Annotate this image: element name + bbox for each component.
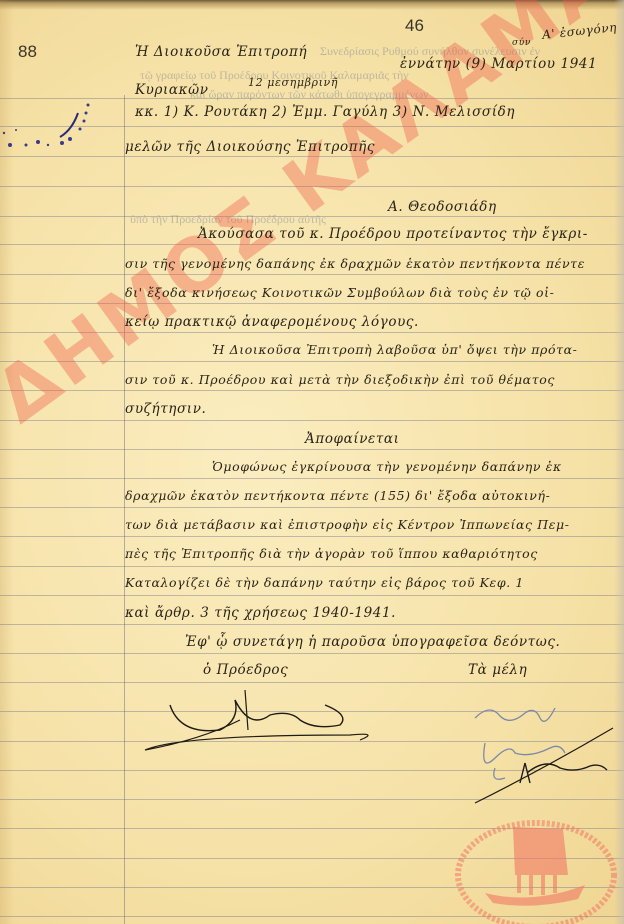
handwritten-line: μελῶν τῆς Διοικούσης Ἐπιτροπῆς [125, 139, 375, 155]
handwritten-line: Κυριακῶν [135, 82, 209, 98]
rule-line [0, 595, 624, 596]
member-signatures [465, 698, 615, 808]
rule-line [0, 566, 624, 567]
rule-line [0, 624, 624, 625]
page-number-left: 88 [18, 42, 37, 62]
rule-line [0, 420, 624, 421]
handwritten-line: δραχμῶν ἑκατὸν πεντήκοντα πέντε (155) δι… [125, 488, 550, 503]
members-label: Τὰ μέλη [468, 662, 527, 678]
handwritten-line: 12 μεσημβρινῆ [248, 76, 338, 89]
handwritten-line: πὲς τῆς Ἐπιτροπῆς διὰ τὴν ἀγορὰν τοῦ ἵππ… [125, 546, 538, 561]
ledger-page: Συνεδρίασις Ρυθμού συνήλθον συνέλευσιν ἐ… [0, 0, 624, 924]
handwritten-line: Ὁμοφώνως ἐγκρίνουσα τὴν γενομένην δαπάνη… [212, 459, 562, 474]
handwritten-line: κείῳ πρακτικῷ ἀναφερομένους λόγους. [125, 314, 419, 330]
handwritten-line: Ἡ Διοικοῦσα Ἐπιτροπὴ λαβοῦσα ὑπ' ὄψει τὴ… [212, 342, 578, 357]
rule-line [0, 274, 624, 275]
rule-line [0, 478, 624, 479]
page-number-top: 46 [405, 16, 424, 36]
president-signature [140, 690, 390, 760]
handwritten-line: των διὰ μετάβασιν καὶ ἐπιστροφὴν εἰς Κέν… [125, 517, 570, 532]
handwritten-line: σιν τῆς γενομένης δαπάνης ἐκ δραχμῶν ἑκα… [125, 256, 585, 271]
rule-line [0, 244, 624, 245]
handwritten-line: κκ. 1) Κ. Ρουτάκη 2) Ἐμμ. Γαγύλη 3) Ν. Μ… [135, 104, 515, 120]
rule-line [0, 449, 624, 450]
margin-line [124, 95, 125, 924]
handwritten-line: Ἀκούσασα τοῦ κ. Προέδρου προτείναντος τὴ… [198, 226, 588, 242]
handwritten-line: Ἡ Διοικοῦσα Ἐπιτροπή [135, 44, 307, 60]
handwritten-line: Καταλογίζει δὲ τὴν δαπάνην ταύτην εἰς βά… [125, 575, 524, 590]
page-edge [614, 0, 624, 924]
ink-stamp-fragment [0, 95, 100, 155]
section-heading: Ἀποφαίνεται [305, 431, 400, 447]
handwritten-line: καὶ ἄρθρ. 3 τῆς χρήσεως 1940-1941. [125, 605, 396, 621]
handwritten-line: συζήτησιν. [125, 401, 206, 417]
handwritten-line: σιν τοῦ κ. Προέδρου καὶ μετὰ τὴν διεξοδι… [125, 372, 555, 387]
handwritten-line: ἐννάτην (9) Μαρτίου 1941 [400, 56, 597, 72]
rule-line [0, 507, 624, 508]
rule-line [0, 653, 624, 654]
municipality-ship-logo [453, 815, 619, 924]
handwritten-line: Α. Θεοδοσιάδη [388, 199, 497, 215]
president-label: ὁ Πρόεδρος [203, 662, 288, 678]
handwritten-line: δι' ἔξοδα κινήσεως Κοινοτικῶν Συμβούλων … [125, 285, 554, 300]
rule-line [0, 682, 624, 683]
rule-line [0, 536, 624, 537]
handwritten-line: Ἐφ' ᾧ συνετάγη ἡ παροῦσα ὑπογραφεῖσα δεό… [185, 634, 560, 650]
header-note-small: σύν [512, 38, 531, 48]
